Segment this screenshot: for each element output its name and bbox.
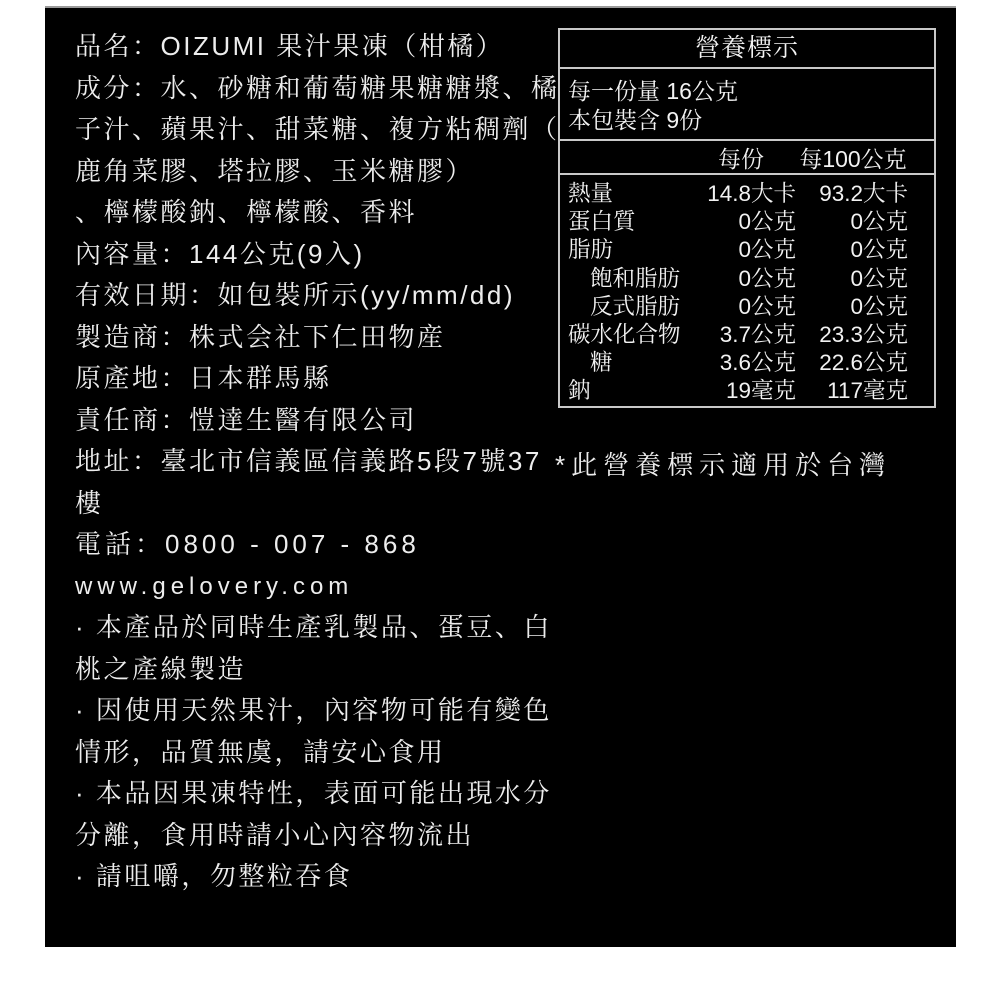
ingredients-line-4: 、檸檬酸鈉、檸檬酸、香料 bbox=[75, 192, 560, 234]
expiry-date-line: 有效日期：如包裝所示(yy/mm/dd) bbox=[75, 275, 560, 317]
column-header-per-serving: 每份 bbox=[686, 141, 796, 174]
servings-count-line: 本包裝含 9份 bbox=[568, 106, 926, 135]
manufacturer-line: 製造商：株式会社下仁田物産 bbox=[75, 317, 560, 359]
nutrient-per-100g-value: 0公克 bbox=[798, 289, 908, 321]
nutrition-row-saturated-fat: 飽和脂肪 0公克 0公克 bbox=[560, 263, 934, 291]
net-weight-line: 內容量：144公克(9入) bbox=[75, 234, 560, 276]
nutrition-row-carbohydrate: 碳水化合物 3.7公克 23.3公克 bbox=[560, 319, 934, 347]
nutrition-column-header-row: 每份 每100公克 bbox=[560, 141, 934, 175]
product-name-line: 品名：OIZUMI 果汁果凍（柑橘） bbox=[75, 26, 560, 68]
nutrient-per-serving-value: 0公克 bbox=[686, 204, 796, 236]
note-allergen-line-1: · 本產品於同時生產乳製品、蛋豆、白 bbox=[75, 607, 560, 649]
note-color-line-1: · 因使用天然果汁，內容物可能有變色 bbox=[75, 690, 560, 732]
nutrient-per-serving-value: 14.8大卡 bbox=[686, 176, 796, 208]
origin-line: 原產地：日本群馬縣 bbox=[75, 358, 560, 400]
nutrient-label: 糖 bbox=[560, 345, 686, 377]
nutrition-footnote: *此營養標示適用於台灣 bbox=[555, 445, 891, 482]
nutrition-data-section: 熱量 14.8大卡 93.2大卡 蛋白質 0公克 0公克 脂肪 0公克 0公克 … bbox=[560, 175, 934, 404]
ingredients-line-3: 鹿角菜膠、塔拉膠、玉米糖膠） bbox=[75, 151, 560, 193]
nutrient-per-100g-value: 22.6公克 bbox=[798, 345, 908, 377]
nutrient-label: 碳水化合物 bbox=[560, 317, 686, 349]
nutrition-row-fat: 脂肪 0公克 0公克 bbox=[560, 234, 934, 262]
ingredients-line-2: 子汁、蘋果汁、甜菜糖、複方粘稠劑（ bbox=[75, 109, 560, 151]
product-label-panel: 品名：OIZUMI 果汁果凍（柑橘） 成分：水、砂糖和葡萄糖果糖糖漿、橘 子汁、… bbox=[45, 6, 956, 947]
ingredients-line-1: 成分：水、砂糖和葡萄糖果糖糖漿、橘 bbox=[75, 68, 560, 110]
nutrient-label: 反式脂肪 bbox=[560, 289, 686, 321]
nutrient-label: 熱量 bbox=[560, 176, 686, 208]
nutrient-per-100g-value: 0公克 bbox=[798, 204, 908, 236]
nutrition-row-trans-fat: 反式脂肪 0公克 0公克 bbox=[560, 291, 934, 319]
nutrient-label: 鈉 bbox=[560, 373, 686, 405]
nutrient-per-serving-value: 19毫克 bbox=[686, 373, 796, 405]
column-header-per-100g: 每100公克 bbox=[798, 141, 908, 174]
note-allergen-line-2: 桃之產線製造 bbox=[75, 649, 560, 691]
nutrient-per-100g-value: 23.3公克 bbox=[798, 317, 908, 349]
website-line: www.gelovery.com bbox=[75, 566, 560, 608]
serving-size-line: 每一份量 16公克 bbox=[568, 77, 926, 106]
address-line-2: 樓 bbox=[75, 483, 560, 525]
distributor-line: 責任商：愷達生醫有限公司 bbox=[75, 400, 560, 442]
nutrient-per-100g-value: 0公克 bbox=[798, 261, 908, 293]
nutrient-per-100g-value: 117毫克 bbox=[798, 373, 908, 405]
note-syneresis-line-1: · 本品因果凍特性，表面可能出現水分 bbox=[75, 773, 560, 815]
nutrition-row-protein: 蛋白質 0公克 0公克 bbox=[560, 206, 934, 234]
nutrient-per-100g-value: 0公克 bbox=[798, 232, 908, 264]
nutrient-per-serving-value: 3.7公克 bbox=[686, 317, 796, 349]
nutrient-per-serving-value: 0公克 bbox=[686, 232, 796, 264]
serving-info-section: 每一份量 16公克 本包裝含 9份 bbox=[560, 69, 934, 141]
address-line-1: 地址：臺北市信義區信義路5段7號37 bbox=[75, 441, 560, 483]
nutrition-table-title: 營養標示 bbox=[560, 30, 934, 69]
note-chew-line: · 請咀嚼，勿整粒吞食 bbox=[75, 856, 560, 898]
nutrition-row-sugar: 糖 3.6公克 22.6公克 bbox=[560, 347, 934, 375]
nutrition-table: 營養標示 每一份量 16公克 本包裝含 9份 每份 每100公克 熱量 14.8… bbox=[558, 28, 936, 408]
nutrient-per-100g-value: 93.2大卡 bbox=[798, 176, 908, 208]
nutrient-label: 脂肪 bbox=[560, 232, 686, 264]
nutrient-per-serving-value: 0公克 bbox=[686, 289, 796, 321]
nutrient-label: 蛋白質 bbox=[560, 204, 686, 236]
nutrition-row-calories: 熱量 14.8大卡 93.2大卡 bbox=[560, 178, 934, 206]
nutrient-per-serving-value: 0公克 bbox=[686, 261, 796, 293]
note-syneresis-line-2: 分離，食用時請小心內容物流出 bbox=[75, 815, 560, 857]
note-color-line-2: 情形，品質無虞，請安心食用 bbox=[75, 732, 560, 774]
nutrient-per-serving-value: 3.6公克 bbox=[686, 345, 796, 377]
nutrient-label: 飽和脂肪 bbox=[560, 261, 686, 293]
product-info-block: 品名：OIZUMI 果汁果凍（柑橘） 成分：水、砂糖和葡萄糖果糖糖漿、橘 子汁、… bbox=[75, 26, 560, 898]
nutrition-row-sodium: 鈉 19毫克 117毫克 bbox=[560, 375, 934, 403]
phone-line: 電話：0800 - 007 - 868 bbox=[75, 524, 560, 566]
